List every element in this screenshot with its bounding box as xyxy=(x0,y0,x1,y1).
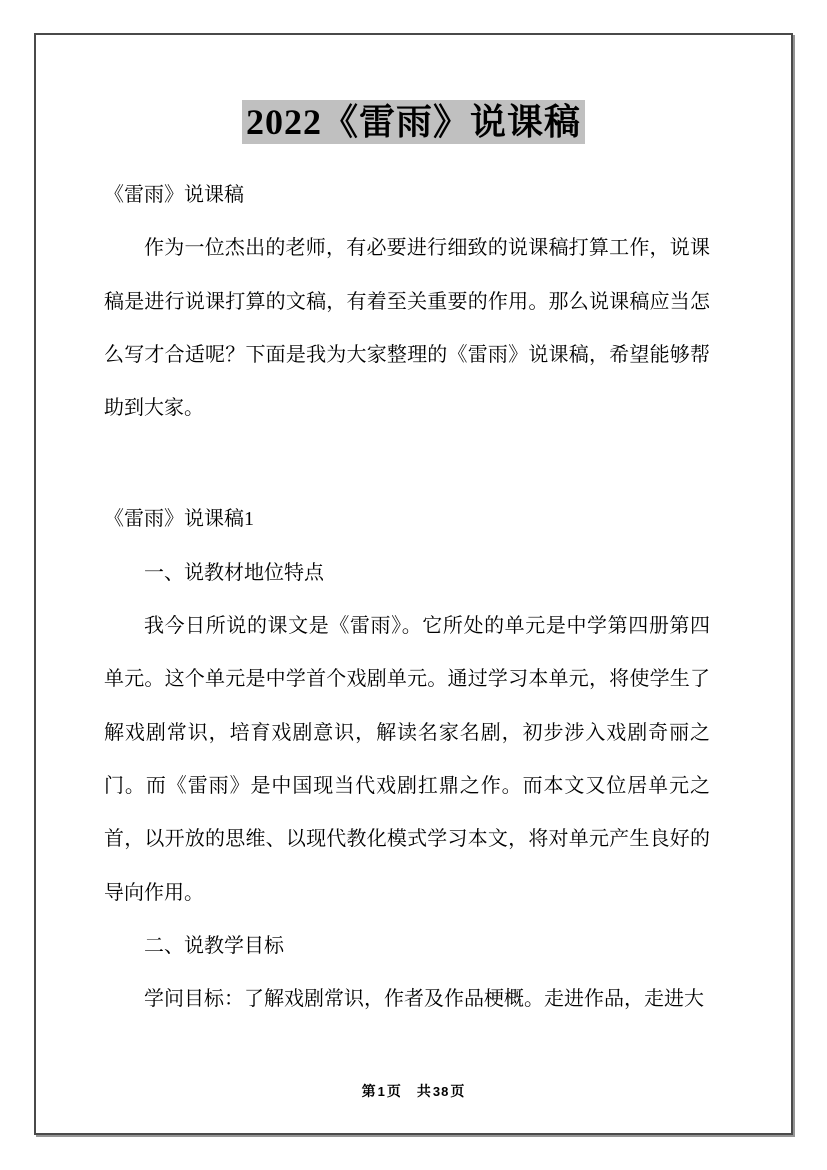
section-1-label: 《雷雨》说课稿1 xyxy=(104,493,710,546)
section-1-paragraph-1: 我今日所说的课文是《雷雨》。它所处的单元是中学第四册第四单元。这个单元是中学首个… xyxy=(104,600,710,920)
document-subtitle: 《雷雨》说课稿 xyxy=(104,169,710,222)
footer-total-page-number: 38 xyxy=(432,1084,450,1099)
footer-page-prefix: 第 xyxy=(362,1085,377,1100)
footer-current-page-number: 1 xyxy=(377,1084,387,1099)
section-1-heading-2: 二、说教学目标 xyxy=(104,920,710,973)
page-footer: 第1页 共38页 xyxy=(36,1081,791,1101)
page-title: 2022《雷雨》说课稿 xyxy=(36,98,791,146)
document-viewport: 2022《雷雨》说课稿 《雷雨》说课稿 作为一位杰出的老师，有必要进行细致的说课… xyxy=(0,0,827,1170)
page-title-highlight: 2022《雷雨》说课稿 xyxy=(242,100,585,144)
footer-page-middle: 页 共 xyxy=(387,1085,432,1100)
document-body: 《雷雨》说课稿 作为一位杰出的老师，有必要进行细致的说课稿打算工作，说课稿是进行… xyxy=(104,169,710,1026)
document-page: 2022《雷雨》说课稿 《雷雨》说课稿 作为一位杰出的老师，有必要进行细致的说课… xyxy=(34,33,793,1135)
section-1-heading-1: 一、说教材地位特点 xyxy=(104,547,710,600)
footer-page-suffix: 页 xyxy=(450,1085,465,1100)
intro-paragraph: 作为一位杰出的老师，有必要进行细致的说课稿打算工作，说课稿是进行说课打算的文稿，… xyxy=(104,222,710,435)
section-1-paragraph-2: 学问目标：了解戏剧常识，作者及作品梗概。走进作品，走进大 xyxy=(104,973,710,1026)
